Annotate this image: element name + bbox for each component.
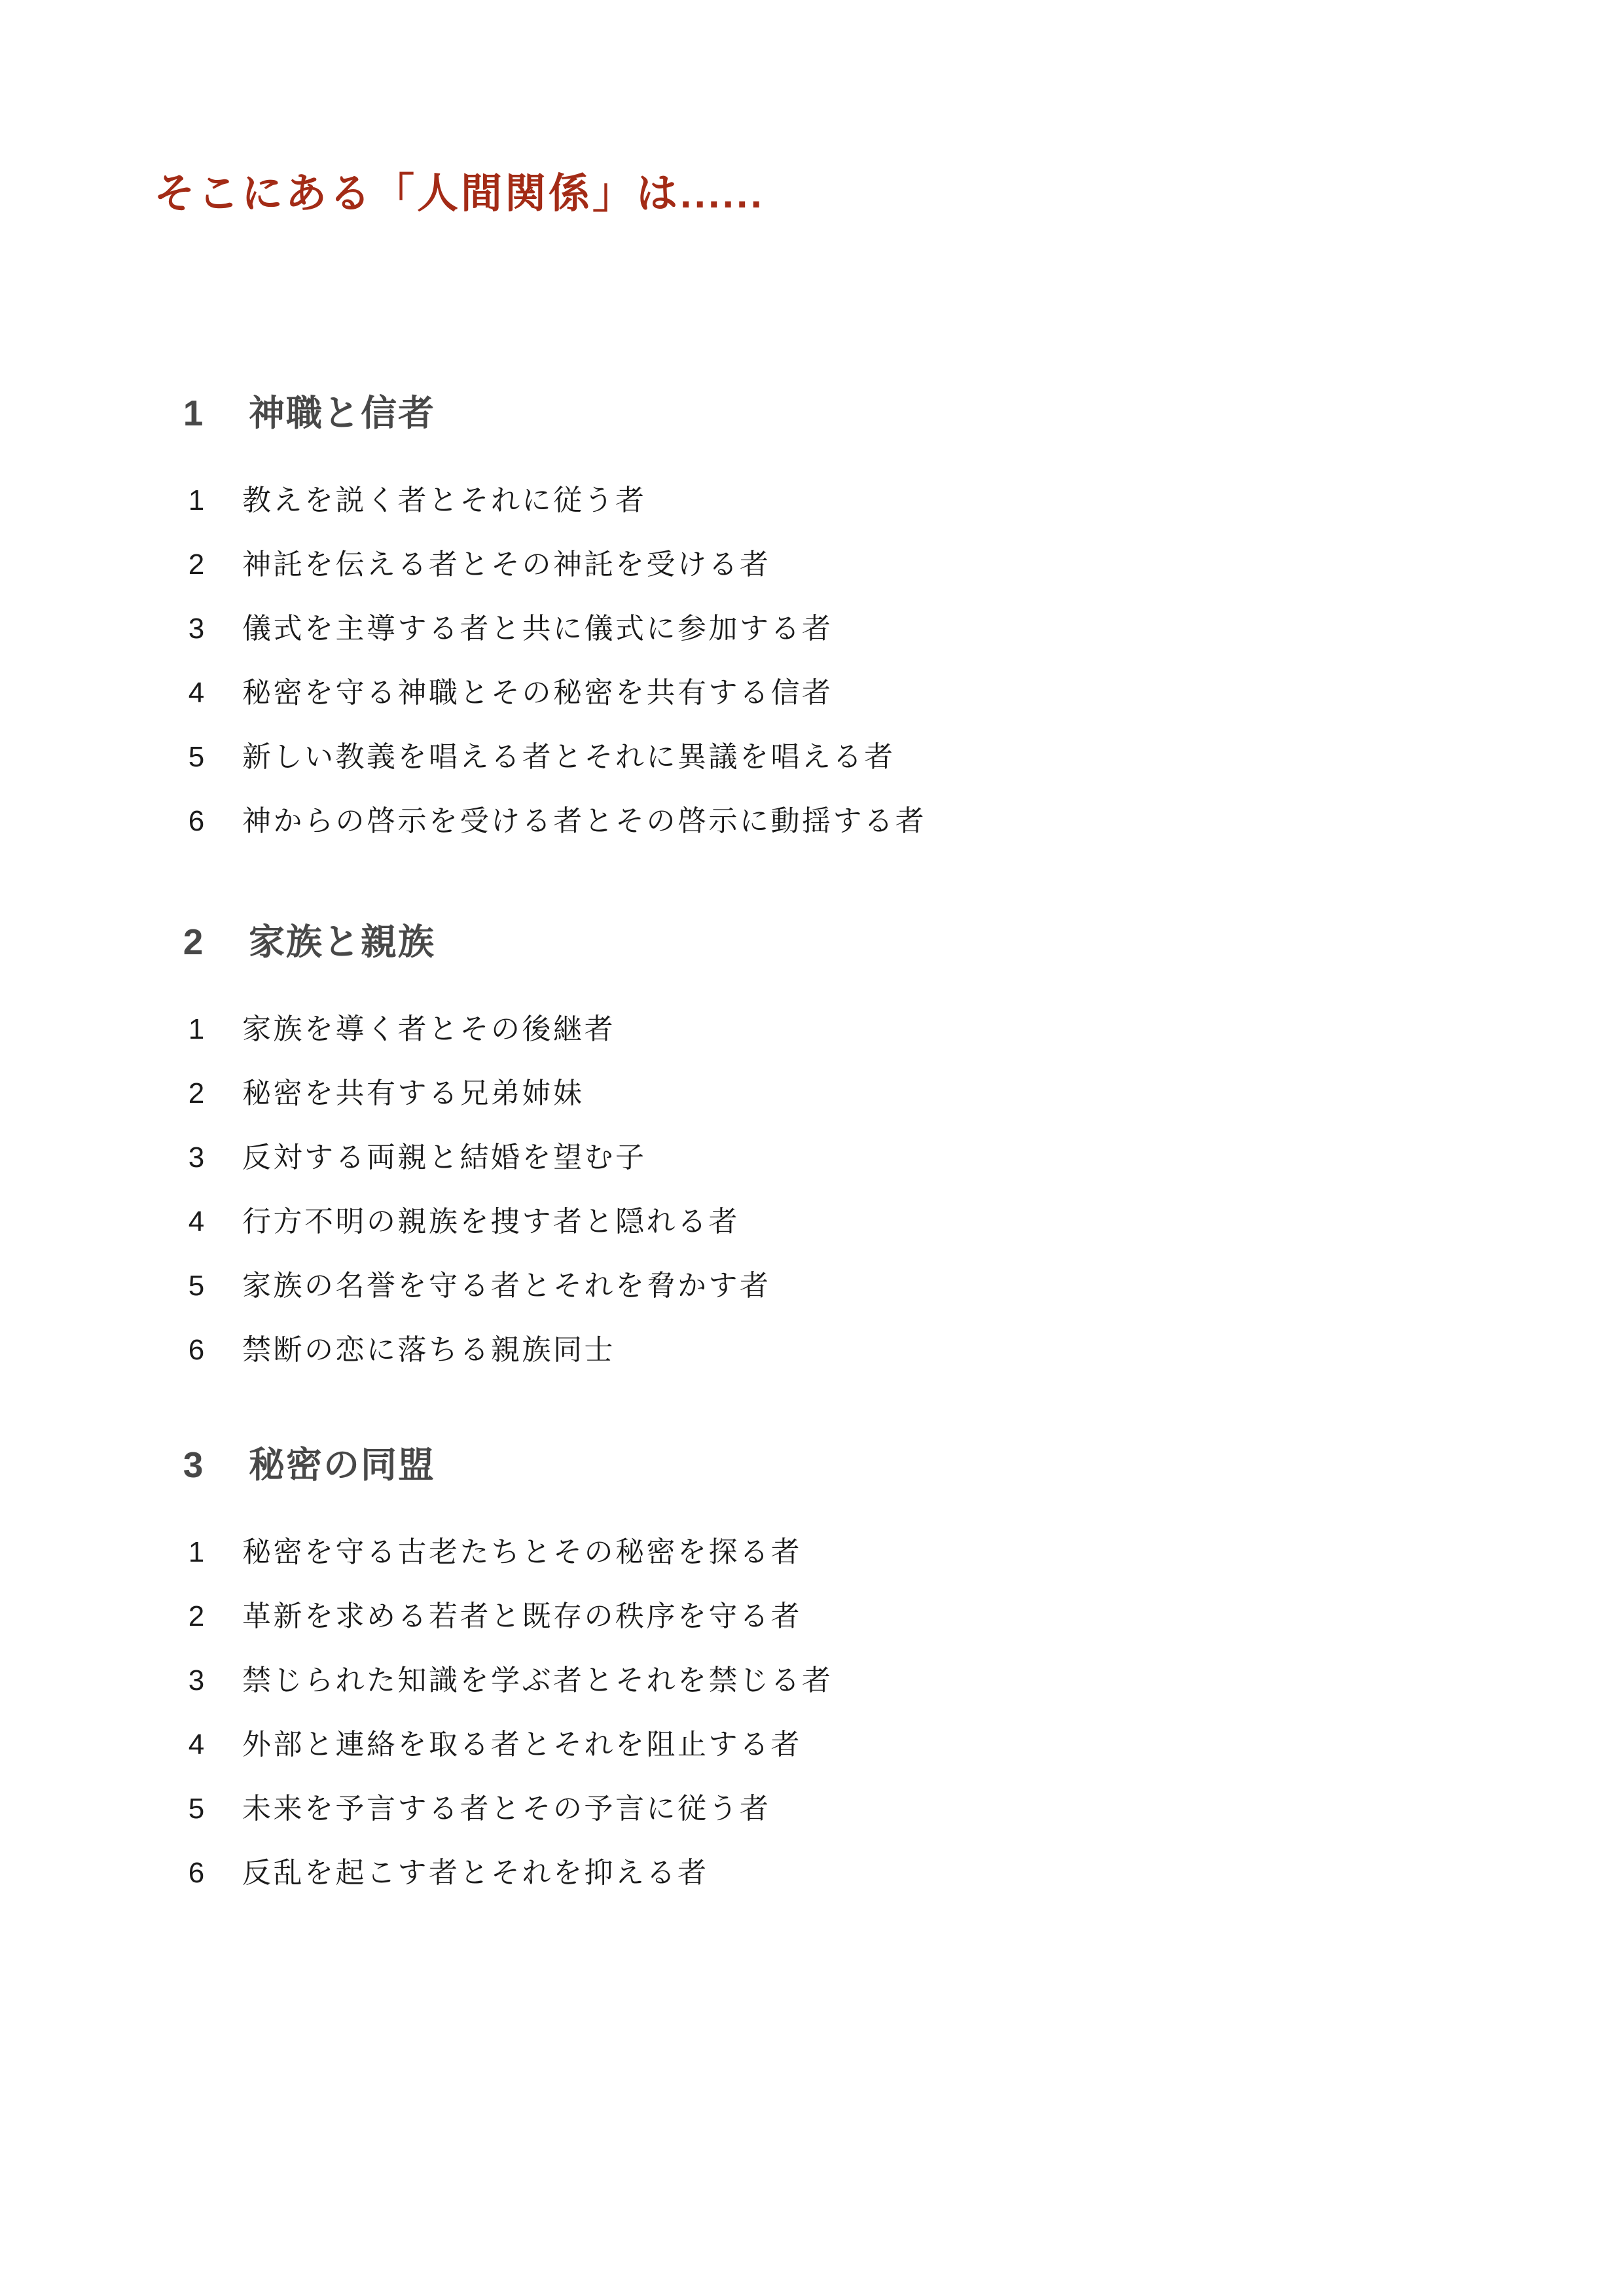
section-secret-alliance: 3 秘密の同盟 1 秘密を守る古老たちとその秘密を探る者 2 革新を求める若者と… [0,1443,1624,1890]
section-title: 神職と信者 [249,391,435,435]
document-page: そこにある「人間関係」は...... 1 神職と信者 1 教えを説く者とそれに従… [0,0,1624,2296]
section-items: 1 秘密を守る古老たちとその秘密を探る者 2 革新を求める若者と既存の秩序を守る… [0,1535,1624,1890]
row-text: 行方不明の親族を捜す者と隠れる者 [242,1204,740,1239]
row-number: 3 [177,611,216,646]
table-row: 4 行方不明の親族を捜す者と隠れる者 [0,1204,1624,1239]
section-items: 1 家族を導く者とその後継者 2 秘密を共有する兄弟姉妹 3 反対する両親と結婚… [0,1012,1624,1367]
row-number: 5 [177,1791,216,1826]
table-row: 1 教えを説く者とそれに従う者 [0,483,1624,518]
section-heading: 1 神職と信者 [0,391,1624,435]
row-text: 家族を導く者とその後継者 [242,1012,615,1047]
section-title: 家族と親族 [249,920,435,963]
table-row: 5 家族の名誉を守る者とそれを脅かす者 [0,1268,1624,1303]
row-text: 秘密を守る神職とその秘密を共有する信者 [242,675,833,710]
table-row: 5 未来を予言する者とその予言に従う者 [0,1791,1624,1826]
table-row: 5 新しい教義を唱える者とそれに異議を唱える者 [0,740,1624,774]
table-row: 2 革新を求める若者と既存の秩序を守る者 [0,1599,1624,1634]
table-row: 2 秘密を共有する兄弟姉妹 [0,1076,1624,1111]
section-priests-believers: 1 神職と信者 1 教えを説く者とそれに従う者 2 神託を伝える者とその神託を受… [0,391,1624,838]
row-number: 1 [177,1012,216,1047]
section-family-relatives: 2 家族と親族 1 家族を導く者とその後継者 2 秘密を共有する兄弟姉妹 3 反… [0,920,1624,1367]
table-row: 3 反対する両親と結婚を望む子 [0,1140,1624,1175]
row-text: 反対する両親と結婚を望む子 [242,1140,647,1175]
table-row: 2 神託を伝える者とその神託を受ける者 [0,547,1624,582]
row-number: 2 [177,1076,216,1111]
row-number: 5 [177,740,216,774]
table-row: 1 秘密を守る古老たちとその秘密を探る者 [0,1535,1624,1570]
row-text: 神託を伝える者とその神託を受ける者 [242,547,771,582]
row-text: 家族の名誉を守る者とそれを脅かす者 [242,1268,771,1303]
row-number: 3 [177,1140,216,1175]
row-number: 6 [177,1856,216,1890]
section-heading: 3 秘密の同盟 [0,1443,1624,1486]
table-row: 6 神からの啓示を受ける者とその啓示に動揺する者 [0,804,1624,838]
table-row: 6 禁断の恋に落ちる親族同士 [0,1333,1624,1367]
row-number: 5 [177,1268,216,1303]
row-text: 秘密を守る古老たちとその秘密を探る者 [242,1535,802,1570]
row-text: 革新を求める若者と既存の秩序を守る者 [242,1599,802,1634]
section-heading: 2 家族と親族 [0,920,1624,963]
section-title: 秘密の同盟 [249,1443,435,1486]
row-text: 未来を予言する者とその予言に従う者 [242,1791,771,1826]
row-text: 教えを説く者とそれに従う者 [242,483,647,518]
row-number: 4 [177,1204,216,1239]
section-items: 1 教えを説く者とそれに従う者 2 神託を伝える者とその神託を受ける者 3 儀式… [0,483,1624,838]
row-text: 禁じられた知識を学ぶ者とそれを禁じる者 [242,1663,833,1698]
row-number: 3 [177,1663,216,1698]
row-number: 1 [177,483,216,518]
row-number: 1 [177,1535,216,1570]
page-title: そこにある「人間関係」は...... [154,171,765,217]
row-number: 4 [177,675,216,710]
row-text: 新しい教義を唱える者とそれに異議を唱える者 [242,740,895,774]
row-number: 6 [177,804,216,838]
table-row: 4 秘密を守る神職とその秘密を共有する信者 [0,675,1624,710]
table-row: 3 儀式を主導する者と共に儀式に参加する者 [0,611,1624,646]
row-text: 禁断の恋に落ちる親族同士 [242,1333,615,1367]
table-row: 1 家族を導く者とその後継者 [0,1012,1624,1047]
row-number: 6 [177,1333,216,1367]
table-row: 3 禁じられた知識を学ぶ者とそれを禁じる者 [0,1663,1624,1698]
section-number: 3 [164,1443,223,1486]
section-number: 2 [164,920,223,963]
row-text: 秘密を共有する兄弟姉妹 [242,1076,585,1111]
row-text: 反乱を起こす者とそれを抑える者 [242,1856,709,1890]
row-text: 神からの啓示を受ける者とその啓示に動揺する者 [242,804,926,838]
row-number: 2 [177,547,216,582]
row-text: 外部と連絡を取る者とそれを阻止する者 [242,1727,802,1762]
row-number: 4 [177,1727,216,1762]
section-number: 1 [164,391,223,435]
row-text: 儀式を主導する者と共に儀式に参加する者 [242,611,833,646]
row-number: 2 [177,1599,216,1634]
table-row: 4 外部と連絡を取る者とそれを阻止する者 [0,1727,1624,1762]
table-row: 6 反乱を起こす者とそれを抑える者 [0,1856,1624,1890]
